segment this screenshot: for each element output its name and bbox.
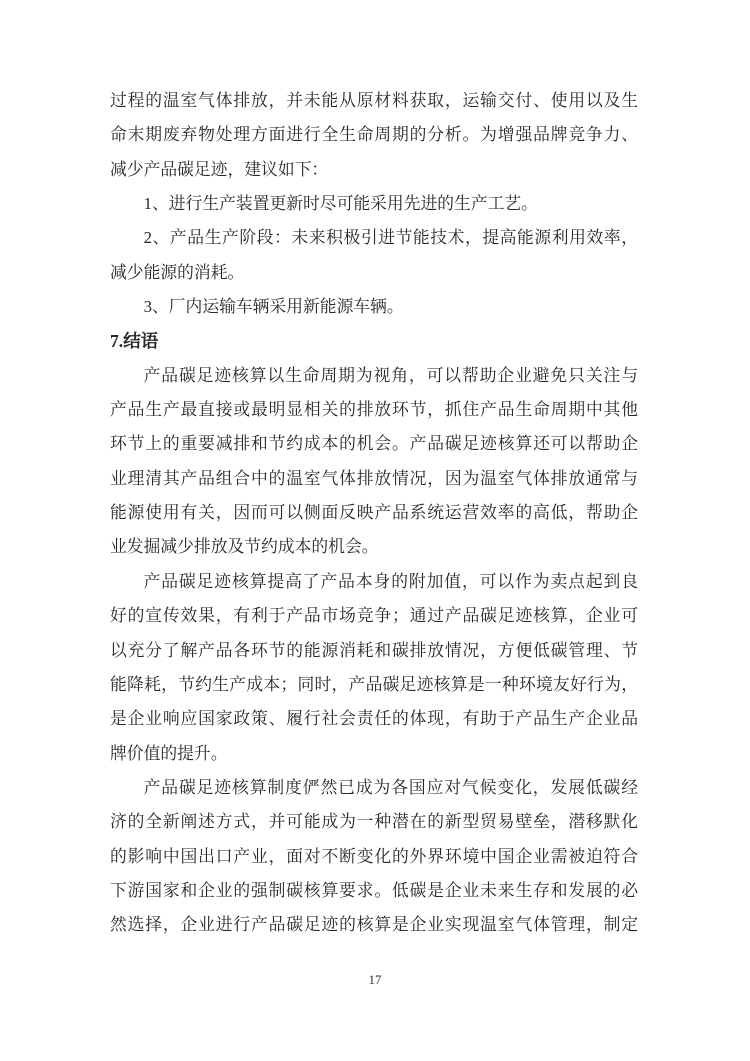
text-line: 业发掘减少排放及节约成本的机会。 <box>110 530 638 564</box>
text-line: 产品生产最直接或最明显相关的排放环节，抓住产品生命周期中其他 <box>110 393 638 427</box>
list-item-line: 2、产品生产阶段：未来积极引进节能技术，提高能源利用效率， <box>110 221 638 255</box>
text-line: 能源使用有关，因而可以侧面反映产品系统运营效率的高低，帮助企 <box>110 496 638 530</box>
text-line: 牌价值的提升。 <box>110 737 638 771</box>
list-item-line: 减少能源的消耗。 <box>110 256 638 290</box>
text-line: 命末期废弃物处理方面进行全生命周期的分析。为增强品牌竞争力、 <box>110 118 638 152</box>
text-line: 下游国家和企业的强制碳核算要求。低碳是企业未来生存和发展的必 <box>110 874 638 908</box>
document-body: 过程的温室气体排放，并未能从原材料获取，运输交付、使用以及生命末期废弃物处理方面… <box>110 84 638 943</box>
text-line: 产品碳足迹核算制度俨然已成为各国应对气候变化，发展低碳经 <box>110 771 638 805</box>
document-page: 过程的温室气体排放，并未能从原材料获取，运输交付、使用以及生命末期废弃物处理方面… <box>0 0 750 1061</box>
page-number: 17 <box>0 972 750 988</box>
text-line: 济的全新阐述方式，并可能成为一种潜在的新型贸易壁垒，潜移默化 <box>110 805 638 839</box>
text-line: 产品碳足迹核算提高了产品本身的附加值，可以作为卖点起到良 <box>110 565 638 599</box>
text-line: 好的宣传效果，有利于产品市场竞争；通过产品碳足迹核算，企业可 <box>110 599 638 633</box>
text-line: 产品碳足迹核算以生命周期为视角，可以帮助企业避免只关注与 <box>110 359 638 393</box>
text-line: 过程的温室气体排放，并未能从原材料获取，运输交付、使用以及生 <box>110 84 638 118</box>
text-line: 然选择，企业进行产品碳足迹的核算是企业实现温室气体管理，制定 <box>110 908 638 942</box>
text-line: 环节上的重要减排和节约成本的机会。产品碳足迹核算还可以帮助企 <box>110 427 638 461</box>
text-line: 是企业响应国家政策、履行社会责任的体现，有助于产品生产企业品 <box>110 702 638 736</box>
text-line: 能降耗，节约生产成本；同时，产品碳足迹核算是一种环境友好行为， <box>110 668 638 702</box>
text-line: 业理清其产品组合中的温室气体排放情况，因为温室气体排放通常与 <box>110 462 638 496</box>
text-line: 以充分了解产品各环节的能源消耗和碳排放情况，方便低碳管理、节 <box>110 634 638 668</box>
list-item-line: 1、进行生产装置更新时尽可能采用先进的生产工艺。 <box>110 187 638 221</box>
list-item-line: 3、厂内运输车辆采用新能源车辆。 <box>110 290 638 324</box>
text-line: 减少产品碳足迹，建议如下： <box>110 153 638 187</box>
text-line: 的影响中国出口产业，面对不断变化的外界环境中国企业需被迫符合 <box>110 840 638 874</box>
section-heading: 7.结语 <box>110 324 638 358</box>
